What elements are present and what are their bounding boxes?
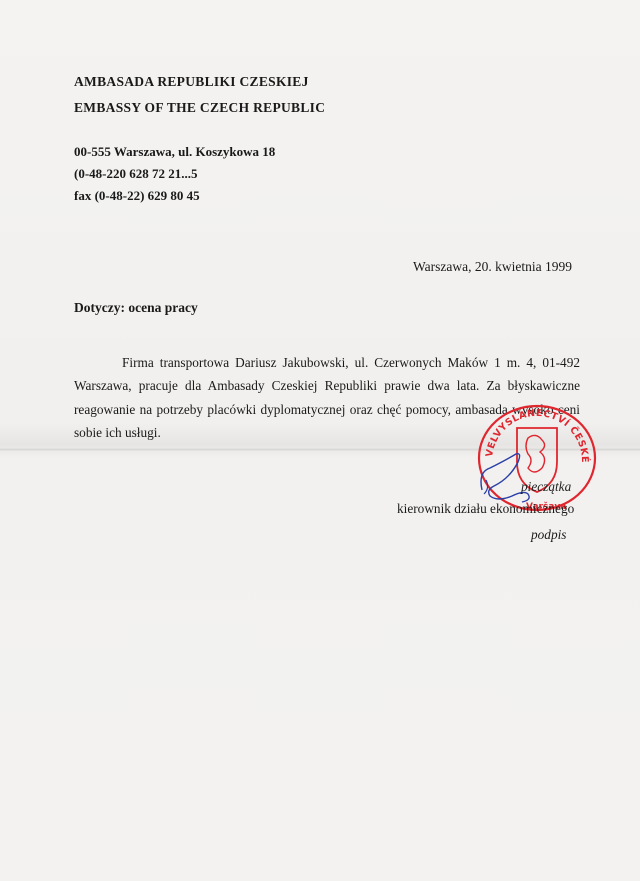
phone: (0-48-220 628 72 21...5 — [74, 166, 198, 182]
stamp-label: pieczątka — [521, 479, 571, 495]
letter-date: Warszawa, 20. kwietnia 1999 — [413, 259, 572, 275]
signature-label: podpis — [531, 527, 566, 543]
letterhead-english: EMBASSY OF THE CZECH REPUBLIC — [74, 100, 325, 116]
fax: fax (0-48-22) 629 80 45 — [74, 188, 200, 204]
letter-subject: Dotyczy: ocena pracy — [74, 300, 198, 316]
signature-scribble-icon — [476, 450, 546, 505]
letter-page: AMBASADA REPUBLIKI CZESKIEJ EMBASSY OF T… — [0, 0, 640, 881]
address: 00-555 Warszawa, ul. Koszykowa 18 — [74, 144, 275, 160]
signatory-title: kierownik działu ekonomicznego — [397, 501, 574, 517]
letterhead-polish: AMBASADA REPUBLIKI CZESKIEJ — [74, 74, 309, 90]
